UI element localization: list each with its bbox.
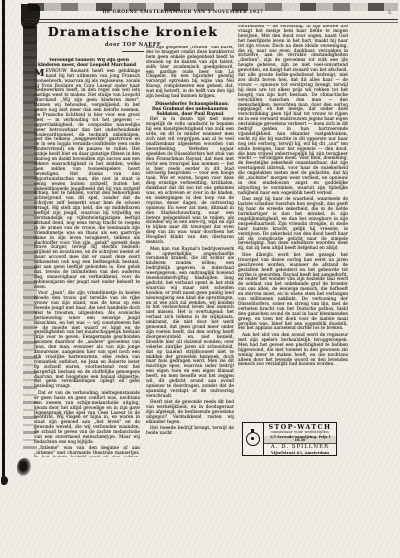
stopwatch-icon [246, 432, 260, 446]
masthead-rule-bottom [25, 22, 398, 23]
masthead-rule-top [25, 19, 398, 20]
text-column-2: met zijn gespeelde „retired" van Karel, … [146, 46, 234, 457]
paragraph: Het is in dezen tijd niet meer mogelijk … [146, 118, 234, 246]
scan-ink-smudge [17, 458, 31, 476]
page-number: 5 [388, 10, 391, 16]
paragraph: Dan zegt hij haar de waarheid, waarmede … [238, 198, 348, 252]
scan-edge-blot [1, 476, 8, 485]
masthead: DE GROENE AMSTERDAMMER VAN 5 NOVEMBER 19… [55, 10, 311, 15]
ad-vendor-address: Vijzelstraat 63, Amsterdam [264, 451, 336, 455]
paragraph: Men kan van Raynal's bedrijvenwerk de op… [146, 248, 234, 400]
review-heading-marchand: Vereenigd tooneel: Wij zijn geen kindere… [34, 58, 140, 68]
scan-left-edge [2, 0, 5, 483]
paragraph: „Intieme" was van den beginne af aan „in… [34, 447, 140, 457]
paragraph: Hoe dikwijls werd het niet gezegd: het t… [238, 254, 348, 333]
dropcap: M [34, 70, 45, 78]
paragraph: Heeft niet de gewonde reeds dit bed van … [146, 401, 234, 426]
ad-text-block: STOP-WATCH onmisbaar voor wedstrijden 1/… [264, 423, 336, 455]
text-column-1: Vereenigd tooneel: Wij zijn geen kindere… [34, 58, 140, 457]
paragraph-text: EVROUW Bausard heeft een gelukkige hand … [34, 69, 140, 290]
newspaper-page-scan: DE GROENE AMSTERDAMMER VAN 5 NOVEMBER 19… [0, 0, 400, 558]
stopwatch-advertisement: STOP-WATCH onmisbaar voor wedstrijden 1/… [242, 422, 337, 456]
paragraph: Voor „Jean", die zijn vriendinnetje in k… [34, 292, 140, 390]
byline-ornament [122, 51, 144, 52]
paragraph: met zijn gespeelde „retired" van Karel, … [146, 46, 234, 100]
paragraph: Het tweede bedrijf brengt, terwijl de be… [146, 427, 234, 437]
review-heading-raynal: Düsseldorfer Schauspielhaus: Das Grabmal… [146, 102, 234, 117]
article-title: Dramatische kroniek [34, 25, 232, 39]
ad-icon-cell [243, 423, 264, 455]
paragraph: voorbehield — de verlossing. In zijn nie… [238, 25, 348, 197]
paragraph: Aan het slot van den avond werd de regis… [238, 334, 348, 368]
text-column-3: voorbehield — de verlossing. In zijn nie… [238, 25, 348, 421]
paragraph: MEVROUW Bausard heeft een gelukkige hand… [34, 70, 140, 291]
paragraph: Dat er van de verhouding, niettegenstaan… [34, 392, 140, 446]
ad-price-line: 1/5 Seconde-aanwijzing. Prijs f 18.50 [264, 436, 336, 443]
